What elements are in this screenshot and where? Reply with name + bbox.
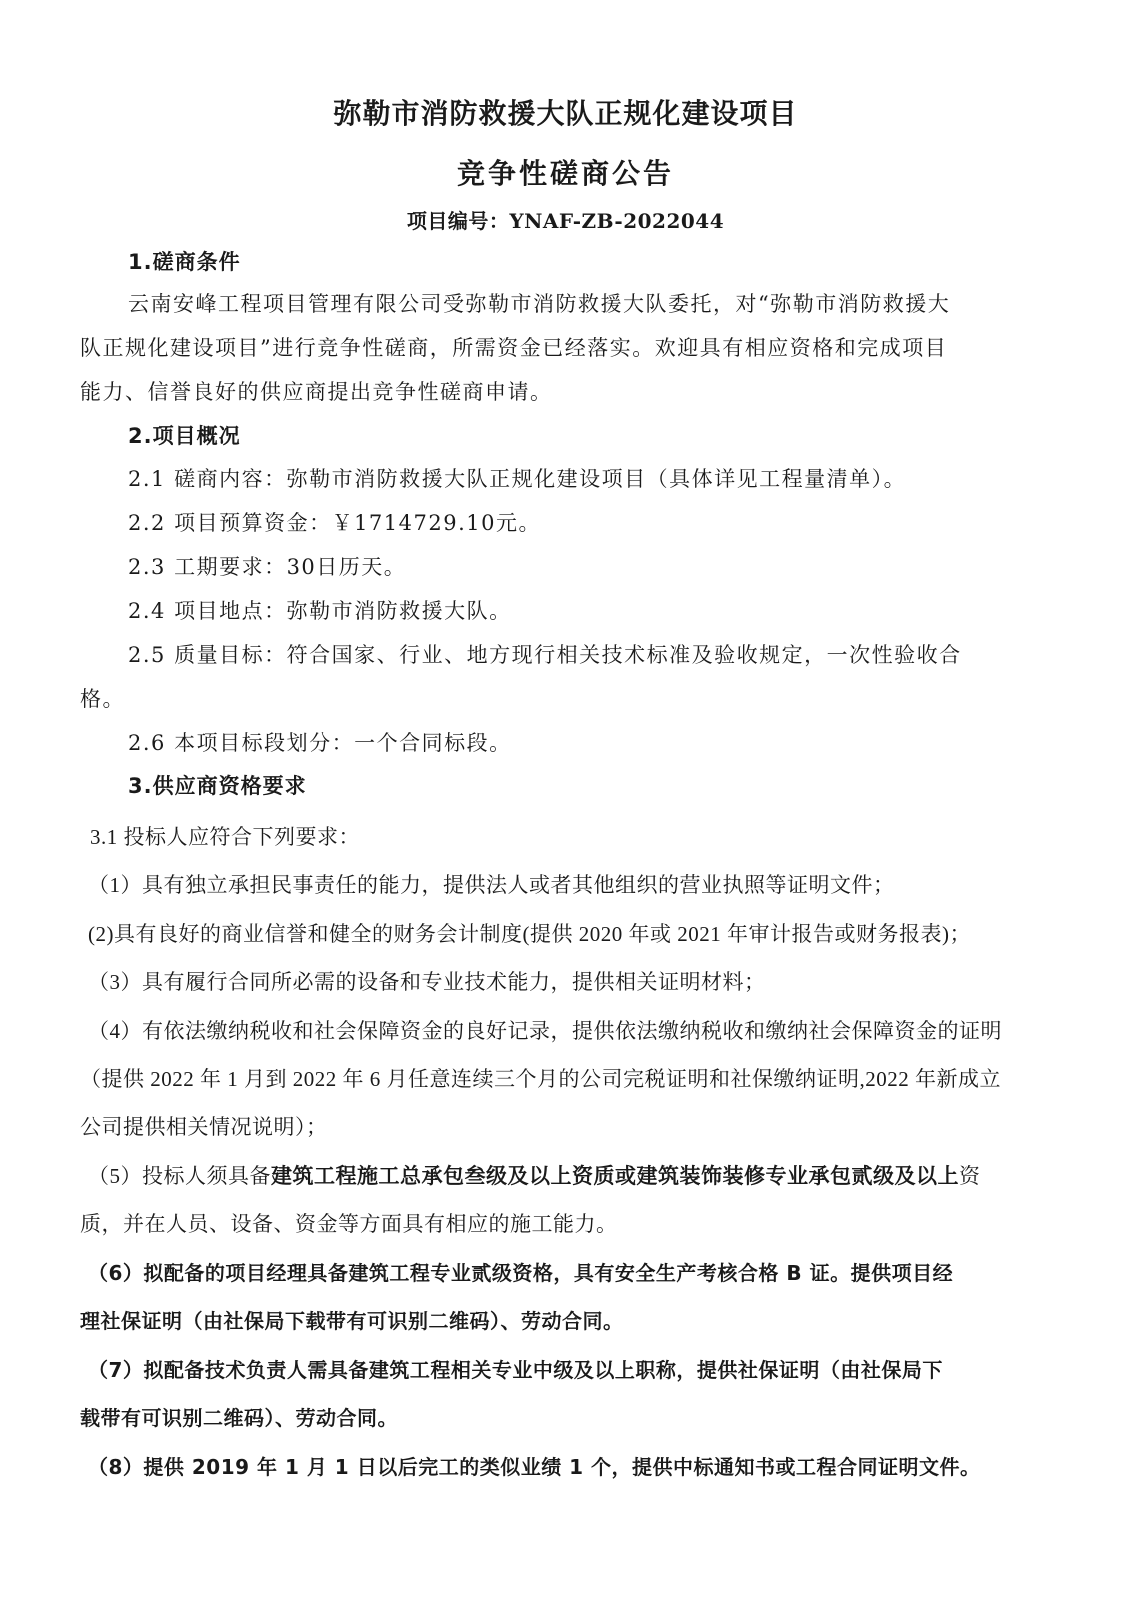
document-page: 弥勒市消防救援大队正规化建设项目 竞争性磋商公告 项目编号：YNAF-ZB-20… <box>0 0 1131 1600</box>
requirement-7: （7）拟配备技术负责人需具备建筑工程相关专业中级及以上职称，提供社保证明（由社保… <box>88 1356 943 1384</box>
requirement-1: （1）具有独立承担民事责任的能力，提供法人或者其他组织的营业执照等证明文件； <box>88 871 895 899</box>
paragraph-line: 队正规化建设项目”进行竞争性磋商，所需资金已经落实。欢迎具有相应资格和完成项目 <box>80 334 947 362</box>
requirement-6-cont: 理社保证明（由社保局下载带有可识别二维码）、劳动合同。 <box>80 1307 624 1335</box>
requirement-6: （6）拟配备的项目经理具备建筑工程专业贰级资格，具有安全生产考核合格 B 证。提… <box>88 1259 953 1287</box>
list-item: 2.1 磋商内容：弥勒市消防救援大队正规化建设项目（具体详见工程量清单）。 <box>128 465 906 493</box>
requirements-intro: 3.1 投标人应符合下列要求： <box>90 823 360 851</box>
requirement-4: （4）有依法缴纳税收和社会保障资金的良好记录，提供依法缴纳税收和缴纳社会保障资金… <box>88 1017 1002 1045</box>
requirement-5: （5）投标人须具备建筑工程施工总承包叁级及以上资质或建筑装饰装修专业承包贰级及以… <box>88 1162 981 1190</box>
list-item: 格。 <box>80 685 125 713</box>
list-item: 2.3 工期要求：30日历天。 <box>128 553 406 581</box>
section-heading-3: 3.供应商资格要求 <box>128 772 307 800</box>
list-item: 2.2 项目预算资金：￥1714729.10元。 <box>128 509 541 537</box>
list-item: 2.6 本项目标段划分：一个合同标段。 <box>128 729 512 757</box>
requirement-5-suffix: 资 <box>959 1164 981 1188</box>
requirement-4-cont: 公司提供相关情况说明）； <box>80 1113 328 1141</box>
section-heading-1: 1.磋商条件 <box>128 248 241 276</box>
document-title: 弥勒市消防救援大队正规化建设项目 <box>0 92 1131 132</box>
project-number: 项目编号：YNAF-ZB-2022044 <box>0 205 1131 234</box>
requirement-7-cont: 载带有可识别二维码）、劳动合同。 <box>80 1404 398 1432</box>
requirement-5-qualification: 建筑工程施工总承包叁级及以上资质或建筑装饰装修专业承包贰级及以上 <box>271 1164 959 1188</box>
section-heading-2: 2.项目概况 <box>128 422 241 450</box>
document-subtitle: 竞争性磋商公告 <box>0 152 1131 192</box>
list-item: 2.5 质量目标：符合国家、行业、地方现行相关技术标准及验收规定，一次性验收合 <box>128 641 962 669</box>
paragraph-line: 云南安峰工程项目管理有限公司受弥勒市消防救援大队委托，对“弥勒市消防救援大 <box>128 290 950 318</box>
requirement-8: （8）提供 2019 年 1 月 1 日以后完工的类似业绩 1 个，提供中标通知… <box>88 1453 981 1481</box>
requirement-4-cont: （提供 2022 年 1 月到 2022 年 6 月任意连续三个月的公司完税证明… <box>80 1065 1001 1093</box>
list-item: 2.4 项目地点：弥勒市消防救援大队。 <box>128 597 512 625</box>
requirement-5-cont: 质，并在人员、设备、资金等方面具有相应的施工能力。 <box>80 1210 618 1238</box>
requirement-3: （3）具有履行合同所必需的设备和专业技术能力，提供相关证明材料； <box>88 968 766 996</box>
paragraph-line: 能力、信誉良好的供应商提出竞争性磋商申请。 <box>80 378 553 406</box>
requirement-5-prefix: （5）投标人须具备 <box>88 1164 271 1188</box>
requirement-2: (2)具有良好的商业信誉和健全的财务会计制度(提供 2020 年或 2021 年… <box>88 920 971 948</box>
